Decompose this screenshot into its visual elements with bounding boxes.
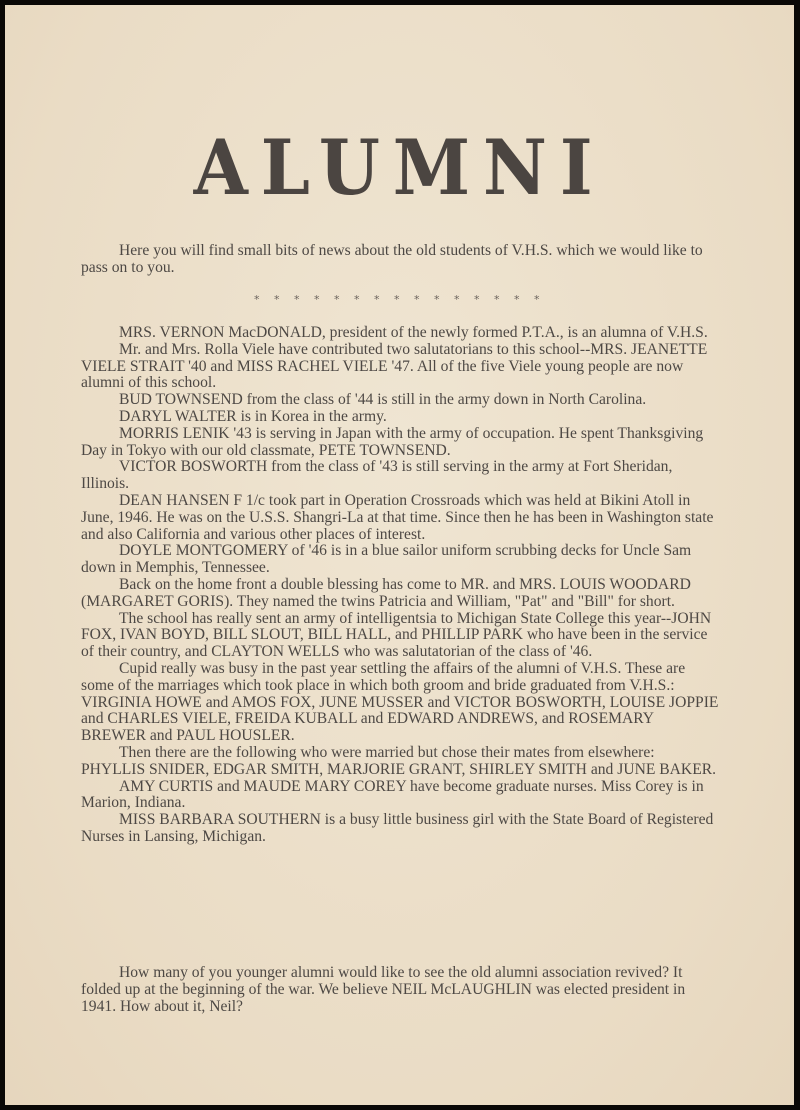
closing-paragraph: How many of you younger alumni would lik… xyxy=(81,965,721,1015)
intro-paragraph: Here you will find small bits of news ab… xyxy=(81,243,721,277)
news-paragraph: DARYL WALTER is in Korea in the army. xyxy=(81,409,721,426)
news-paragraph: Then there are the following who were ma… xyxy=(81,745,721,779)
news-paragraph: MRS. VERNON MacDONALD, president of the … xyxy=(81,325,721,342)
document-page: ALUMNI Here you will find small bits of … xyxy=(5,5,794,1105)
news-paragraph: VICTOR BOSWORTH from the class of '43 is… xyxy=(81,459,721,493)
news-paragraph: Cupid really was busy in the past year s… xyxy=(81,661,721,745)
page-title: ALUMNI xyxy=(37,123,763,213)
news-paragraph: Back on the home front a double blessing… xyxy=(81,577,721,611)
news-paragraph: Mr. and Mrs. Rolla Viele have contribute… xyxy=(81,342,721,392)
news-paragraph: MORRIS LENIK '43 is serving in Japan wit… xyxy=(81,426,721,460)
news-paragraph: DEAN HANSEN F 1/c took part in Operation… xyxy=(81,493,721,543)
intro-section: Here you will find small bits of news ab… xyxy=(81,243,721,277)
asterisk-separator: * * * * * * * * * * * * * * * xyxy=(5,293,794,306)
news-paragraph: DOYLE MONTGOMERY of '46 is in a blue sai… xyxy=(81,543,721,577)
news-section: MRS. VERNON MacDONALD, president of the … xyxy=(81,325,721,846)
news-paragraph: BUD TOWNSEND from the class of '44 is st… xyxy=(81,392,721,409)
closing-section: How many of you younger alumni would lik… xyxy=(81,965,721,1015)
news-paragraph: The school has really sent an army of in… xyxy=(81,611,721,661)
news-paragraph: MISS BARBARA SOUTHERN is a busy little b… xyxy=(81,812,721,846)
news-paragraph: AMY CURTIS and MAUDE MARY COREY have bec… xyxy=(81,779,721,813)
